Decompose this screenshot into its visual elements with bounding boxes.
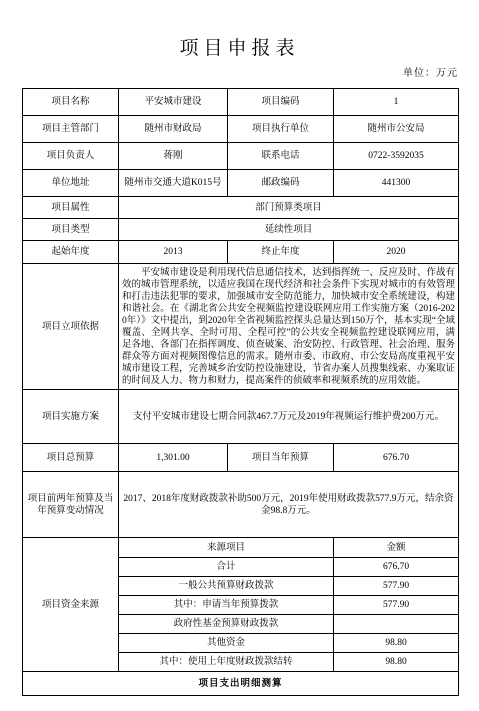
- table-row-contact: 项目负责人 蒋刚 联系电话 0722-3592035: [23, 143, 459, 170]
- field-value: 2013: [119, 241, 228, 264]
- funding-amount: 98.80: [334, 634, 459, 653]
- table-row-departments: 项目主管部门 随州市财政局 项目执行单位 随州市公安局: [23, 116, 459, 143]
- table-row-prev-budget: 项目前两年预算及当年预算变动情况 2017、2018年度财政拨款补助500万元，…: [23, 472, 459, 538]
- application-form-page: 项目申报表 单位：万元 项目名称 平安城市建设 项目编码 1 项目主管部门 随州…: [0, 0, 479, 711]
- funding-amount: 98.80: [334, 653, 459, 672]
- funding-amount: 676.70: [334, 558, 459, 577]
- field-label: 邮政编码: [228, 170, 334, 197]
- field-label: 终止年度: [228, 241, 334, 264]
- field-value: 随州市财政局: [119, 116, 228, 143]
- funding-col-header: 金额: [334, 538, 459, 558]
- funding-source-name: 其中：申请当年预算拨款: [119, 596, 334, 615]
- field-value: 1,301.00: [119, 444, 228, 472]
- field-value: 随州市公安局: [334, 116, 459, 143]
- field-label: 项目前两年预算及当年预算变动情况: [23, 472, 119, 538]
- funding-amount: 577.90: [334, 596, 459, 615]
- field-value: 0722-3592035: [334, 143, 459, 170]
- prev-budget-text-cell: 2017、2018年度财政拨款补助500万元，2019年使用财政拨款577.9万…: [119, 472, 459, 538]
- field-value: 1: [334, 89, 459, 116]
- basis-text: 平安城市建设是利用现代信息通信技术，达到指挥统一、反应及时、作战有效的城市管理系…: [122, 267, 455, 387]
- field-label: 项目总预算: [23, 444, 119, 472]
- table-row-years: 起始年度 2013 终止年度 2020: [23, 241, 459, 264]
- field-value: 延续性项目: [119, 219, 459, 241]
- table-row-footer: 项目支出明细测算: [23, 672, 459, 696]
- unit-note: 单位：万元: [403, 64, 458, 79]
- page-title: 项目申报表: [0, 33, 479, 60]
- funding-amount: [334, 615, 459, 634]
- table-row-project-name: 项目名称 平安城市建设 项目编码 1: [23, 89, 459, 116]
- field-value: 部门预算类项目: [119, 197, 459, 219]
- funding-source-name: 政府性基金预算财政拨款: [119, 615, 334, 634]
- field-label: 项目名称: [23, 89, 119, 116]
- field-value: 平安城市建设: [119, 89, 228, 116]
- field-label: 起始年度: [23, 241, 119, 264]
- expense-detail-section-title: 项目支出明细测算: [23, 672, 459, 696]
- field-label: 项目立项依据: [23, 264, 119, 390]
- field-label: 联系电话: [228, 143, 334, 170]
- table-row-attribute: 项目属性 部门预算类项目: [23, 197, 459, 219]
- field-value: 676.70: [334, 444, 459, 472]
- plan-text-cell: 支付平安城市建设七期合同款467.7万元及2019年视频运行维护费200万元。: [119, 390, 459, 444]
- field-value: 蒋刚: [119, 143, 228, 170]
- field-label: 项目属性: [23, 197, 119, 219]
- field-label: 项目执行单位: [228, 116, 334, 143]
- funding-source-name: 合计: [119, 558, 334, 577]
- funding-amount: 577.90: [334, 577, 459, 596]
- table-row-plan: 项目实施方案 支付平安城市建设七期合同款467.7万元及2019年视频运行维护费…: [23, 390, 459, 444]
- field-label: 项目资金来源: [23, 538, 119, 672]
- field-label: 项目负责人: [23, 143, 119, 170]
- field-label: 项目当年预算: [228, 444, 334, 472]
- table-row-basis: 项目立项依据 平安城市建设是利用现代信息通信技术，达到指挥统一、反应及时、作战有…: [23, 264, 459, 390]
- application-form-table: 项目名称 平安城市建设 项目编码 1 项目主管部门 随州市财政局 项目执行单位 …: [22, 88, 459, 696]
- prev-budget-text: 2017、2018年度财政拨款补助500万元，2019年使用财政拨款577.9万…: [123, 494, 453, 516]
- field-value: 441300: [334, 170, 459, 197]
- table-row-type: 项目类型 延续性项目: [23, 219, 459, 241]
- field-value: 2020: [334, 241, 459, 264]
- basis-text-cell: 平安城市建设是利用现代信息通信技术，达到指挥统一、反应及时、作战有效的城市管理系…: [119, 264, 459, 390]
- funding-header-row: 项目资金来源 来源项目 金额: [23, 538, 459, 558]
- funding-source-name: 其他资金: [119, 634, 334, 653]
- field-label: 单位地址: [23, 170, 119, 197]
- funding-col-header: 来源项目: [119, 538, 334, 558]
- table-row-budget: 项目总预算 1,301.00 项目当年预算 676.70: [23, 444, 459, 472]
- funding-source-name: 其中：使用上年度财政拨款结转: [119, 653, 334, 672]
- field-label: 项目编码: [228, 89, 334, 116]
- field-label: 项目类型: [23, 219, 119, 241]
- field-value: 随州市交通大道K015号: [119, 170, 228, 197]
- field-label: 项目实施方案: [23, 390, 119, 444]
- field-label: 项目主管部门: [23, 116, 119, 143]
- funding-source-name: 一般公共预算财政拨款: [119, 577, 334, 596]
- table-row-address: 单位地址 随州市交通大道K015号 邮政编码 441300: [23, 170, 459, 197]
- plan-text: 支付平安城市建设七期合同款467.7万元及2019年视频运行维护费200万元。: [133, 412, 444, 422]
